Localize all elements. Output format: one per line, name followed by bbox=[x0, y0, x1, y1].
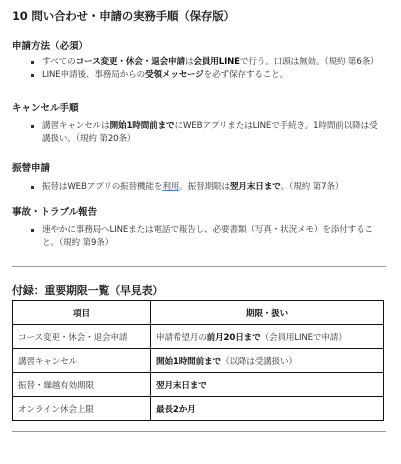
bold-text: コース変更・休会・退会申請 bbox=[76, 57, 185, 67]
list-incident-report: 速やかに事務局へLINEまたは電話で報告し、必要書類（写真・状況メモ）を添付する… bbox=[12, 224, 384, 249]
table-row: コース変更・休会・退会申請 申請希望月の前月20日まで（会員用LINEで申請） bbox=[13, 325, 384, 349]
text: で行う。口頭は無効。（規約 第6条） bbox=[240, 57, 379, 67]
cell-deadline: 申請希望月の前月20日まで（会員用LINEで申請） bbox=[151, 325, 384, 349]
bold-text: 開始1時間前まで bbox=[156, 357, 221, 367]
text: 。（規約 第7条） bbox=[281, 182, 344, 192]
table-row: オンライン休会上限 最長2か月 bbox=[13, 397, 384, 421]
cell-deadline: 翌月末日まで bbox=[151, 373, 384, 397]
list-transfer-request: 振替はWEBアプリの振替機能を利用。振替期限は翌月末日まで。（規約 第7条） bbox=[12, 181, 384, 194]
text: 。振替期限は bbox=[179, 182, 230, 192]
text: （会員用LINEで申請） bbox=[261, 333, 347, 343]
text: 速やかに事務局へLINEまたは電話で報告し、必要書類（写真・状況メモ）を添付する… bbox=[42, 225, 373, 248]
heading-application-method: 申請方法（必須） bbox=[12, 38, 88, 52]
text: 振替はWEBアプリの振替機能を bbox=[42, 182, 162, 192]
list-item: 速やかに事務局へLINEまたは電話で報告し、必要書類（写真・状況メモ）を添付する… bbox=[12, 224, 384, 249]
table-row: 振替・繰越有効期限 翌月末日まで bbox=[13, 373, 384, 397]
cell-deadline: 開始1時間前まで（以降は受講扱い） bbox=[151, 349, 384, 373]
section-title: 10 問い合わせ・申請の実務手順（保存版） bbox=[12, 8, 235, 24]
bold-text: 開始1時間前まで bbox=[110, 121, 175, 131]
divider bbox=[12, 431, 386, 432]
column-header-item: 項目 bbox=[13, 301, 151, 325]
table-header-row: 項目 期限・扱い bbox=[13, 301, 384, 325]
list-cancel-procedure: 講習キャンセルは開始1時間前までにWEBアプリまたはLINEで手続き。1時間前以… bbox=[12, 120, 384, 145]
divider bbox=[12, 266, 386, 267]
text: を必ず保存すること。 bbox=[204, 70, 288, 80]
heading-incident-report: 事故・トラブル報告 bbox=[12, 204, 97, 218]
deadline-table: 項目 期限・扱い コース変更・休会・退会申請 申請希望月の前月20日まで（会員用… bbox=[12, 300, 384, 421]
list-application-method: すべてのコース変更・休会・退会申請は会員用LINEで行う。口頭は無効。（規約 第… bbox=[12, 56, 384, 81]
text: 講習キャンセルは bbox=[42, 121, 110, 131]
list-item: 振替はWEBアプリの振替機能を利用。振替期限は翌月末日まで。（規約 第7条） bbox=[12, 181, 384, 194]
bold-text: 受領メッセージ bbox=[145, 70, 204, 80]
heading-transfer-request: 振替申請 bbox=[12, 160, 50, 174]
list-item: 講習キャンセルは開始1時間前までにWEBアプリまたはLINEで手続き。1時間前以… bbox=[12, 120, 384, 145]
text: （以降は受講扱い） bbox=[221, 357, 297, 367]
text: LINE申請後、事務局からの bbox=[42, 70, 145, 80]
column-header-deadline: 期限・扱い bbox=[151, 301, 384, 325]
bold-text: 翌月末日まで bbox=[156, 381, 207, 391]
heading-cancel-procedure: キャンセル手順 bbox=[12, 100, 79, 114]
text: 申請希望月の bbox=[156, 333, 207, 343]
underlined-text: 利用 bbox=[162, 182, 179, 192]
bold-text: 会員用LINE bbox=[193, 57, 239, 67]
list-item: すべてのコース変更・休会・退会申請は会員用LINEで行う。口頭は無効。（規約 第… bbox=[12, 56, 384, 69]
table-row: 講習キャンセル 開始1時間前まで（以降は受講扱い） bbox=[13, 349, 384, 373]
cell-item: コース変更・休会・退会申請 bbox=[13, 325, 151, 349]
bold-text: 翌月末日まで bbox=[230, 182, 281, 192]
bold-text: 最長2か月 bbox=[156, 405, 196, 415]
list-item: LINE申請後、事務局からの受領メッセージを必ず保存すること。 bbox=[12, 69, 384, 82]
cell-item: オンライン休会上限 bbox=[13, 397, 151, 421]
bold-text: 前月20日まで bbox=[207, 333, 261, 343]
appendix-title: 付録：重要期限一覧（早見表） bbox=[12, 282, 163, 298]
cell-item: 振替・繰越有効期限 bbox=[13, 373, 151, 397]
cell-deadline: 最長2か月 bbox=[151, 397, 384, 421]
cell-item: 講習キャンセル bbox=[13, 349, 151, 373]
text: すべての bbox=[42, 57, 76, 67]
